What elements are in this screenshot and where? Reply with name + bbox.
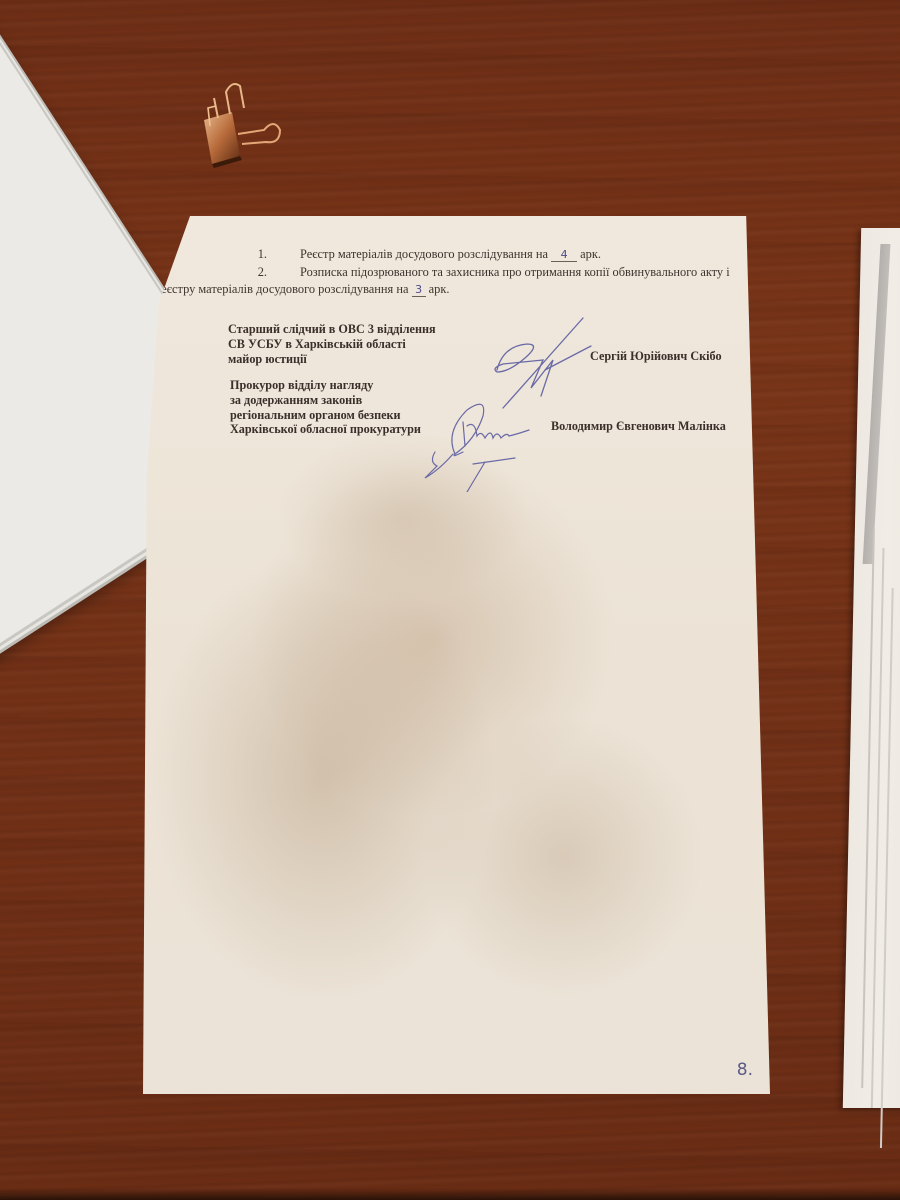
title-line: Прокурор відділу нагляду [230, 378, 421, 393]
handwritten-sheet-count: 3 [412, 283, 426, 297]
title-line: регіональним органом безпеки [230, 408, 421, 423]
attachment-text: Реєстр матеріалів досудового розслідуван… [300, 247, 548, 261]
attachment-item: 2.Розписка підозрюваного та захисника пр… [227, 264, 747, 282]
title-line: Старший слідчий в ОВС 3 відділення [228, 322, 436, 337]
signatory-title-prosecutor: Прокурор відділу нагляду за додержанням … [230, 378, 421, 437]
attachment-item: 1.Реєстр матеріалів досудового розслідув… [227, 246, 747, 264]
handwritten-sheet-count: 4 [551, 248, 577, 262]
binder-clip-icon [188, 78, 288, 168]
attachments-list: 1.Реєстр матеріалів досудового розслідув… [227, 246, 747, 299]
list-number: 2. [227, 264, 300, 282]
attachment-text: Розписка підозрюваного та захисника про … [300, 265, 730, 279]
page-number: 8. [737, 1060, 753, 1080]
title-line: майор юстиції [228, 352, 436, 367]
attachment-continuation: реєстру матеріалів досудового розслідува… [155, 281, 747, 299]
attachment-unit: арк. [580, 247, 601, 261]
attachment-text: реєстру матеріалів досудового розслідува… [155, 282, 408, 296]
signatory-name-prosecutor: Володимир Євгенович Малінка [551, 419, 726, 434]
document-page: 1.Реєстр матеріалів досудового розслідув… [143, 216, 770, 1094]
signatory-name-investigator: Сергій Юрійович Скібо [590, 349, 722, 364]
title-line: СВ УСБУ в Харківській області [228, 337, 436, 352]
title-line: за додержанням законів [230, 393, 421, 408]
signatory-title-investigator: Старший слідчий в ОВС 3 відділення СВ УС… [228, 322, 436, 366]
signature-icon [405, 392, 545, 492]
attachment-unit: арк. [429, 282, 450, 296]
title-line: Харківської обласної прокуратури [230, 422, 421, 437]
desk-edge [0, 1188, 900, 1200]
list-number: 1. [227, 246, 300, 264]
